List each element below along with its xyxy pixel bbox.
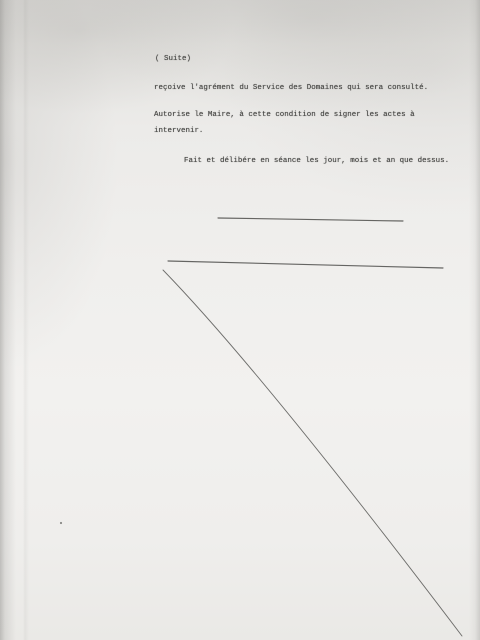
scanned-document-page: ( Suite) reçoive l'agrément du Service d… [0, 0, 480, 640]
signature-line-2 [168, 261, 443, 268]
continuation-label: ( Suite) [155, 56, 191, 63]
paragraph-authorization-line-1: Autorise le Maire, à cette condition de … [154, 112, 415, 119]
closing-formula: Fait et délibére en séance les jour, moi… [184, 158, 449, 165]
strike-through-line [163, 270, 462, 636]
page-marks-layer [0, 0, 480, 640]
paragraph-authorization-line-2: intervenir. [154, 128, 203, 135]
signature-line-1 [218, 218, 403, 221]
ink-speck [60, 522, 62, 524]
paragraph-consultation: reçoive l'agrément du Service des Domain… [154, 85, 428, 92]
